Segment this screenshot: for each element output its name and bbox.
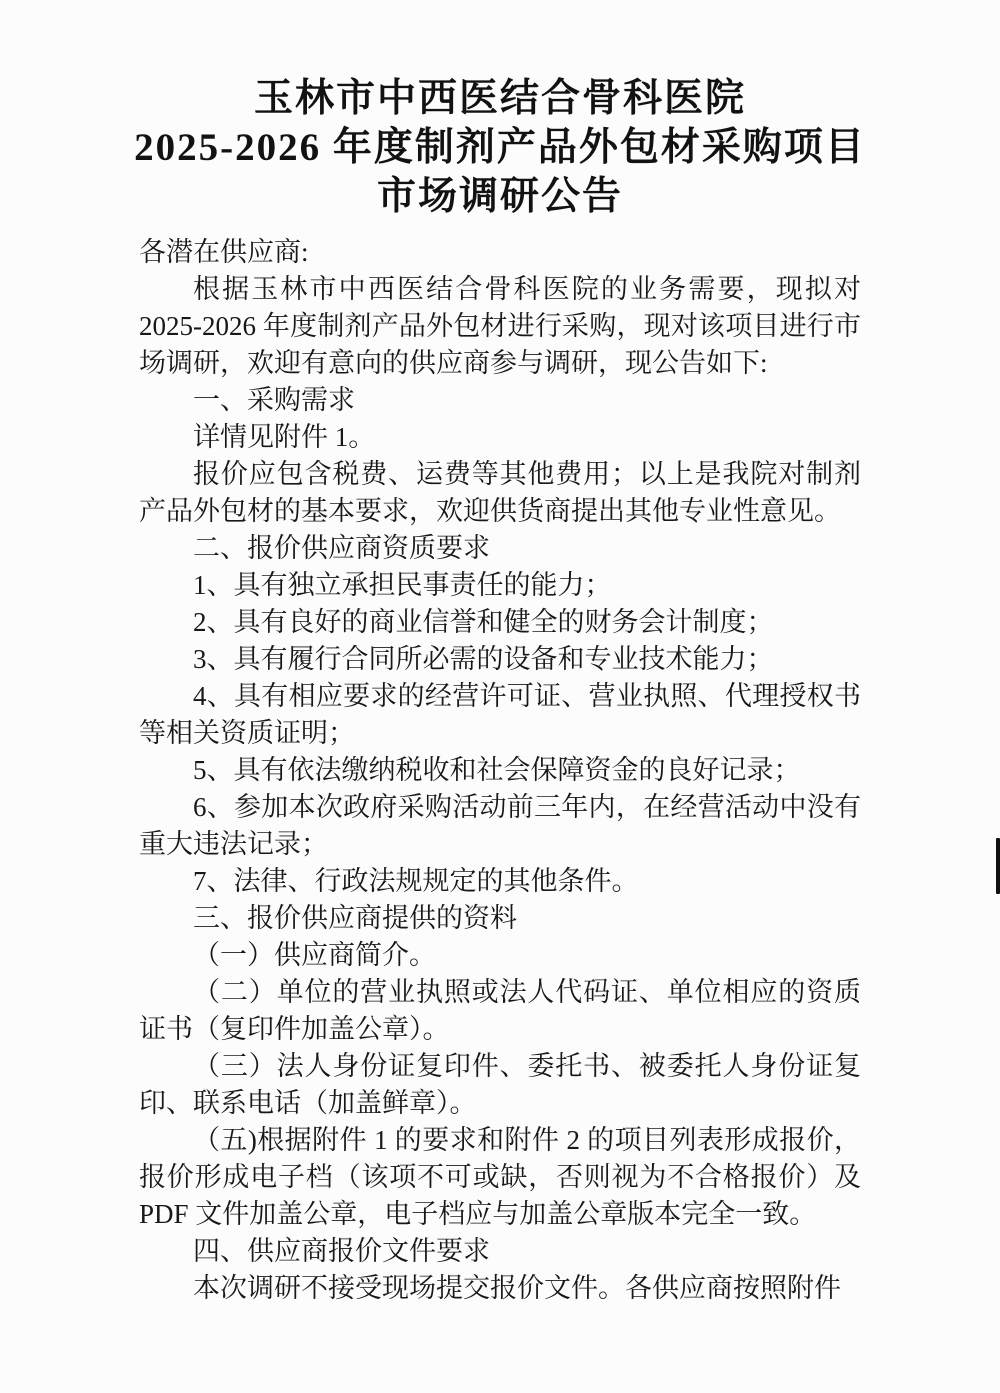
paragraph: 1、具有独立承担民事责任的能力；: [139, 567, 861, 604]
paragraph: 3、具有履行合同所必需的设备和专业技术能力；: [139, 641, 861, 678]
title-line-3: 市场调研公告: [0, 172, 1000, 221]
paragraph: （三）法人身份证复印件、委托书、被委托人身份证复印、联系电话（加盖鲜章）。: [139, 1048, 861, 1122]
title-line-1: 玉林市中西医结合骨科医院: [0, 74, 1000, 123]
paragraph: 报价应包含税费、运费等其他费用；以上是我院对制剂产品外包材的基本要求，欢迎供货商…: [139, 456, 861, 530]
paragraph: 详情见附件 1。: [139, 419, 861, 456]
document-page: 玉林市中西医结合骨科医院 2025-2026 年度制剂产品外包材采购项目 市场调…: [0, 0, 1000, 1393]
paragraph: 根据玉林市中西医结合骨科医院的业务需要，现拟对 2025-2026 年度制剂产品…: [139, 271, 861, 382]
paragraph: 5、具有依法缴纳税收和社会保障资金的良好记录；: [139, 752, 861, 789]
document-body: 各潜在供应商:根据玉林市中西医结合骨科医院的业务需要，现拟对 2025-2026…: [139, 234, 861, 1307]
paragraph: 一、采购需求: [139, 382, 861, 419]
paragraph: 二、报价供应商资质要求: [139, 530, 861, 567]
paragraph: 各潜在供应商:: [139, 234, 861, 271]
title-line-2: 2025-2026 年度制剂产品外包材采购项目: [0, 123, 1000, 172]
paragraph: 三、报价供应商提供的资料: [139, 900, 861, 937]
paragraph: 7、法律、行政法规规定的其他条件。: [139, 863, 861, 900]
paragraph: 2、具有良好的商业信誉和健全的财务会计制度；: [139, 604, 861, 641]
paragraph: 4、具有相应要求的经营许可证、营业执照、代理授权书等相关资质证明；: [139, 678, 861, 752]
paragraph: 本次调研不接受现场提交报价文件。各供应商按照附件: [139, 1270, 861, 1307]
scan-artifact-mark: [996, 838, 1000, 894]
paragraph: （五)根据附件 1 的要求和附件 2 的项目列表形成报价，报价形成电子档（该项不…: [139, 1122, 861, 1233]
paragraph: （一）供应商简介。: [139, 937, 861, 974]
paragraph: （二）单位的营业执照或法人代码证、单位相应的资质证书（复印件加盖公章）。: [139, 974, 861, 1048]
document-title: 玉林市中西医结合骨科医院 2025-2026 年度制剂产品外包材采购项目 市场调…: [0, 0, 1000, 221]
paragraph: 四、供应商报价文件要求: [139, 1233, 861, 1270]
paragraph: 6、参加本次政府采购活动前三年内，在经营活动中没有重大违法记录；: [139, 789, 861, 863]
